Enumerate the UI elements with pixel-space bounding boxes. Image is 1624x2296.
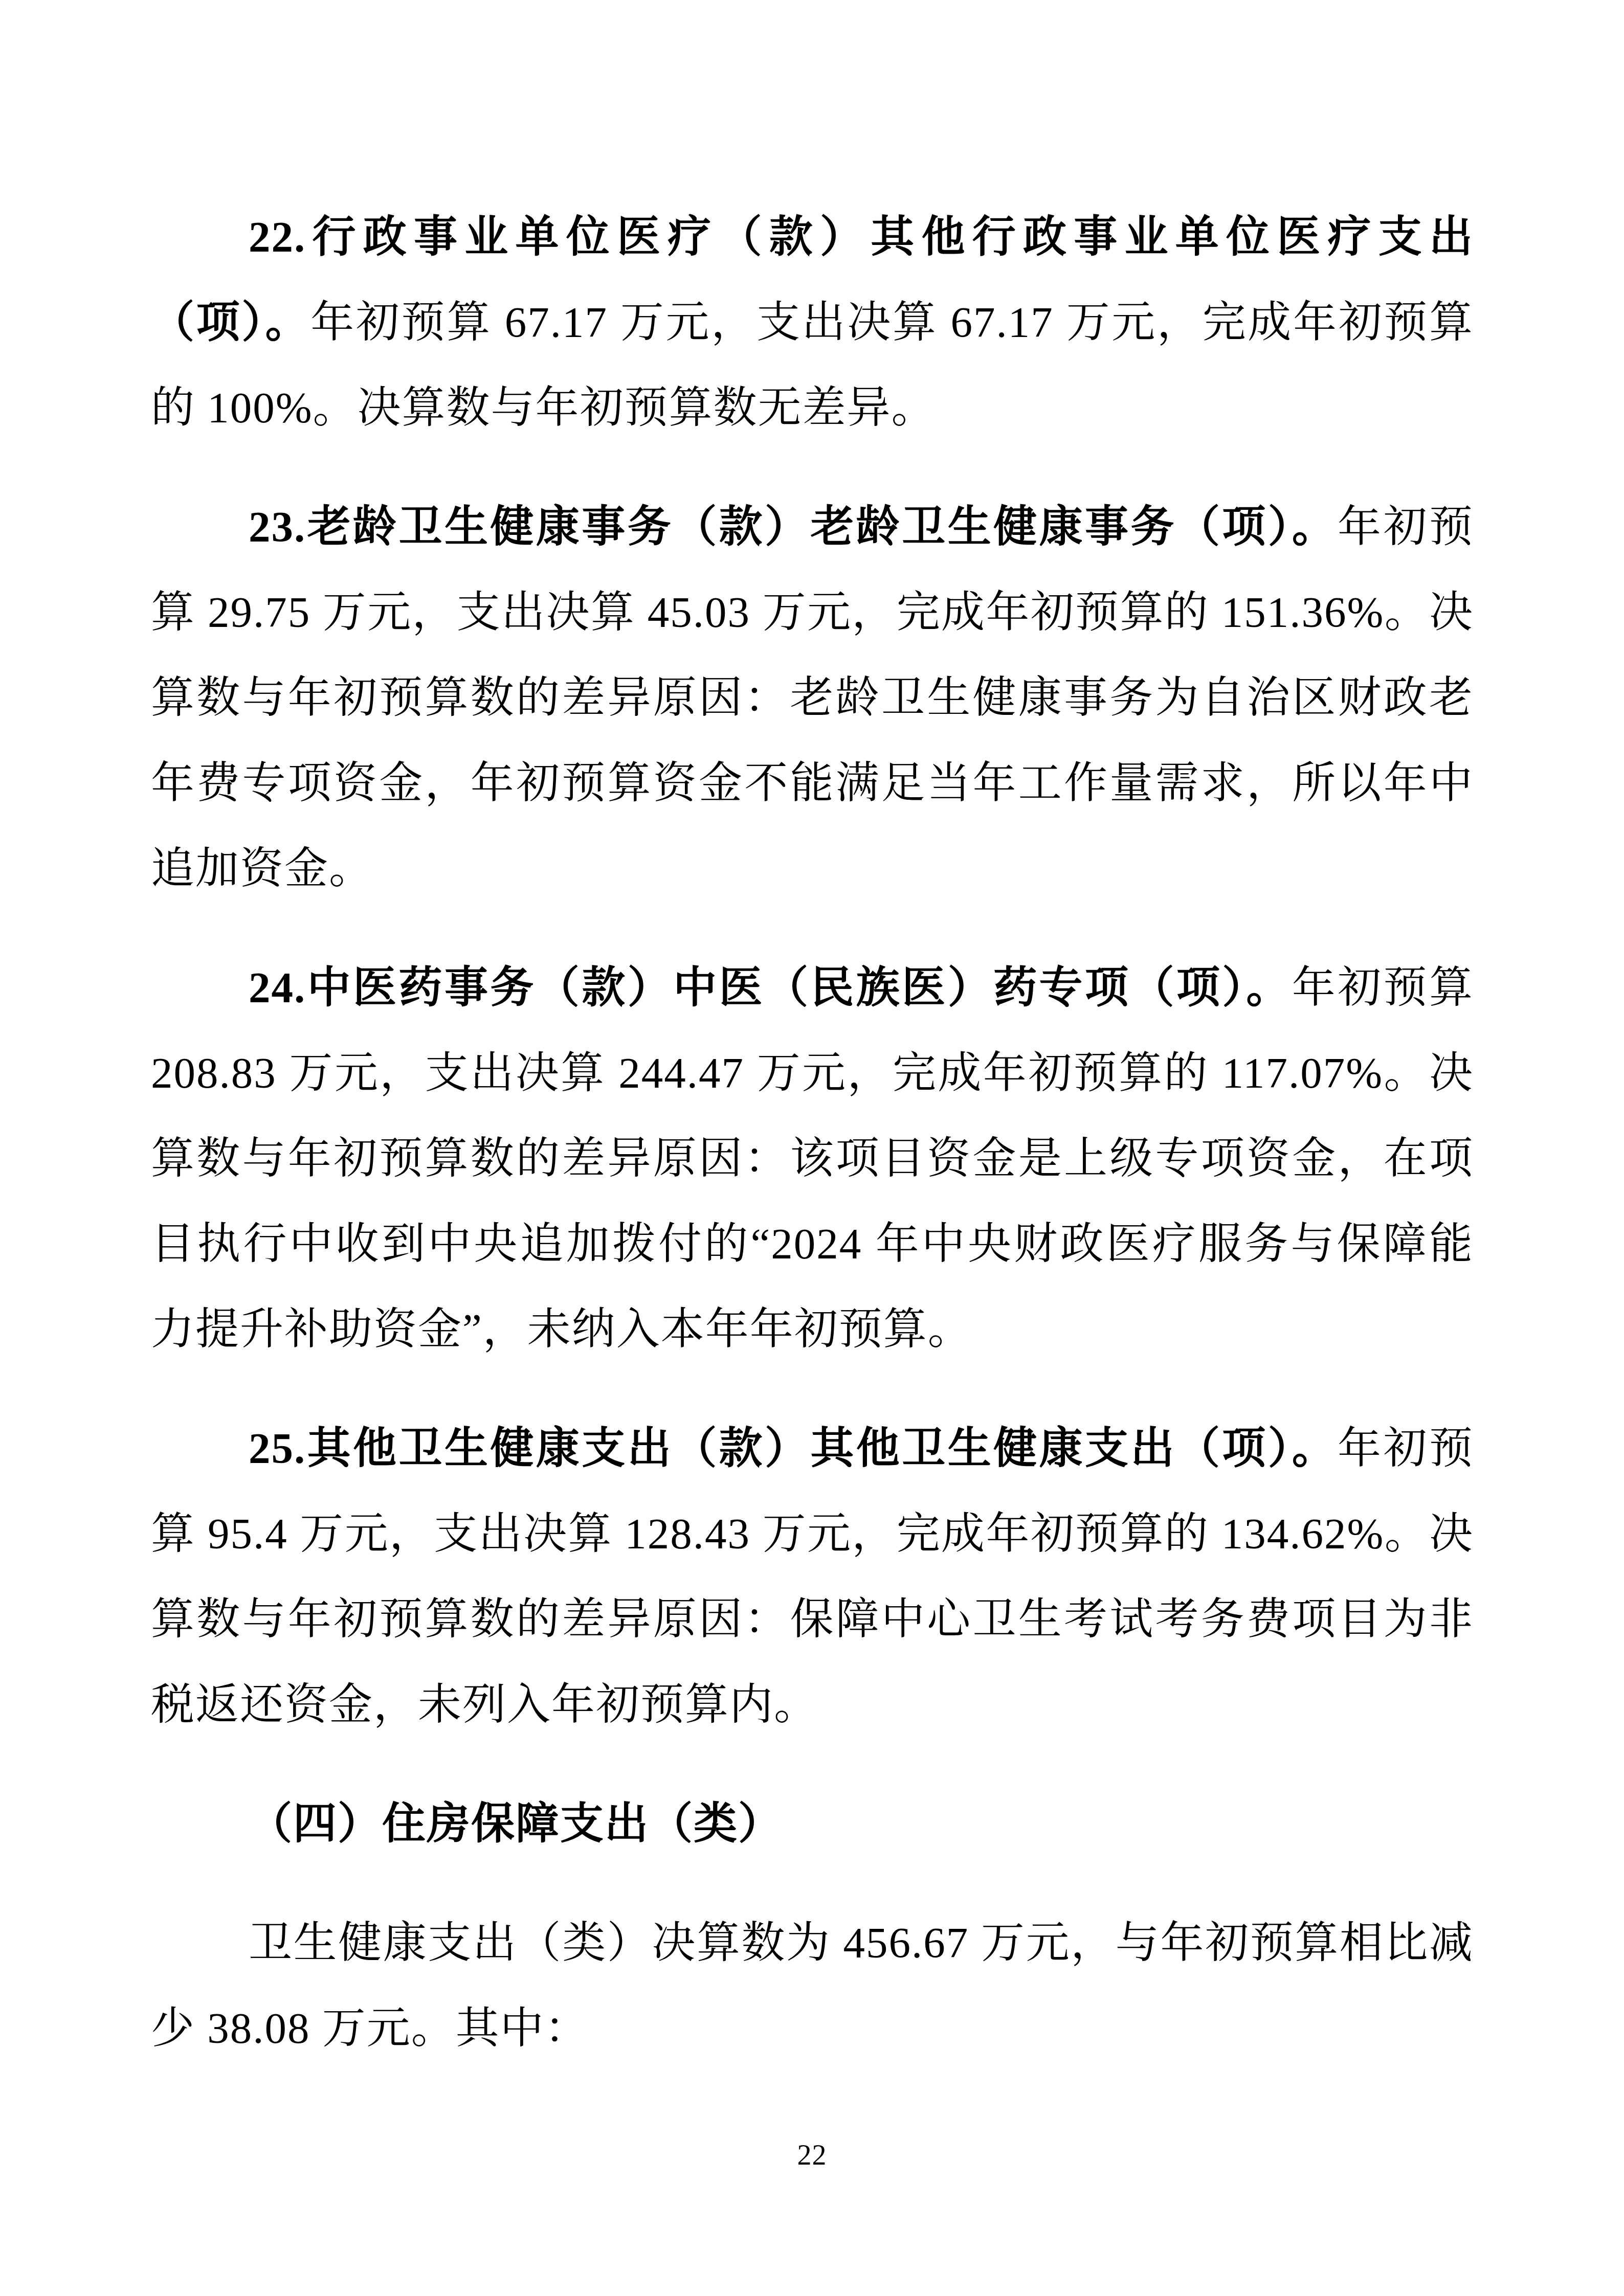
paragraph-item-23: 23.老龄卫生健康事务（款）老龄卫生健康事务（项）。年初预算 29.75 万元，… <box>151 485 1474 912</box>
page-footer: 22 <box>0 2136 1624 2175</box>
section-heading-housing: （四）住房保障支出（类） <box>151 1782 1474 1867</box>
document-body: 22.行政事业单位医疗（款）其他行政事业单位医疗支出（项）。年初预算 67.17… <box>151 195 1474 2072</box>
document-page: 22.行政事业单位医疗（款）其他行政事业单位医疗支出（项）。年初预算 67.17… <box>0 0 1624 2296</box>
paragraph-item-22-text: 年初预算 67.17 万元，支出决算 67.17 万元，完成年初预算的 100%… <box>151 299 1474 432</box>
closing-paragraph: 卫生健康支出（类）决算数为 456.67 万元，与年初预算相比减少 38.08 … <box>151 1901 1474 2072</box>
paragraph-item-25: 25.其他卫生健康支出（款）其他卫生健康支出（项）。年初预算 95.4 万元，支… <box>151 1406 1474 1748</box>
paragraph-item-24: 24.中医药事务（款）中医（民族医）药专项（项）。年初预算 208.83 万元，… <box>151 946 1474 1372</box>
paragraph-item-23-heading: 23.老龄卫生健康事务（款）老龄卫生健康事务（项）。 <box>249 503 1338 551</box>
page-number: 22 <box>797 2140 827 2171</box>
paragraph-item-22: 22.行政事业单位医疗（款）其他行政事业单位医疗支出（项）。年初预算 67.17… <box>151 195 1474 451</box>
paragraph-item-23-text: 年初预算 29.75 万元，支出决算 45.03 万元，完成年初预算的 151.… <box>151 503 1474 893</box>
paragraph-item-25-heading: 25.其他卫生健康支出（款）其他卫生健康支出（项）。 <box>249 1425 1338 1473</box>
paragraph-item-24-heading: 24.中医药事务（款）中医（民族医）药专项（项）。 <box>249 964 1292 1012</box>
paragraph-item-24-text: 年初预算 208.83 万元，支出决算 244.47 万元，完成年初预算的 11… <box>151 964 1474 1354</box>
